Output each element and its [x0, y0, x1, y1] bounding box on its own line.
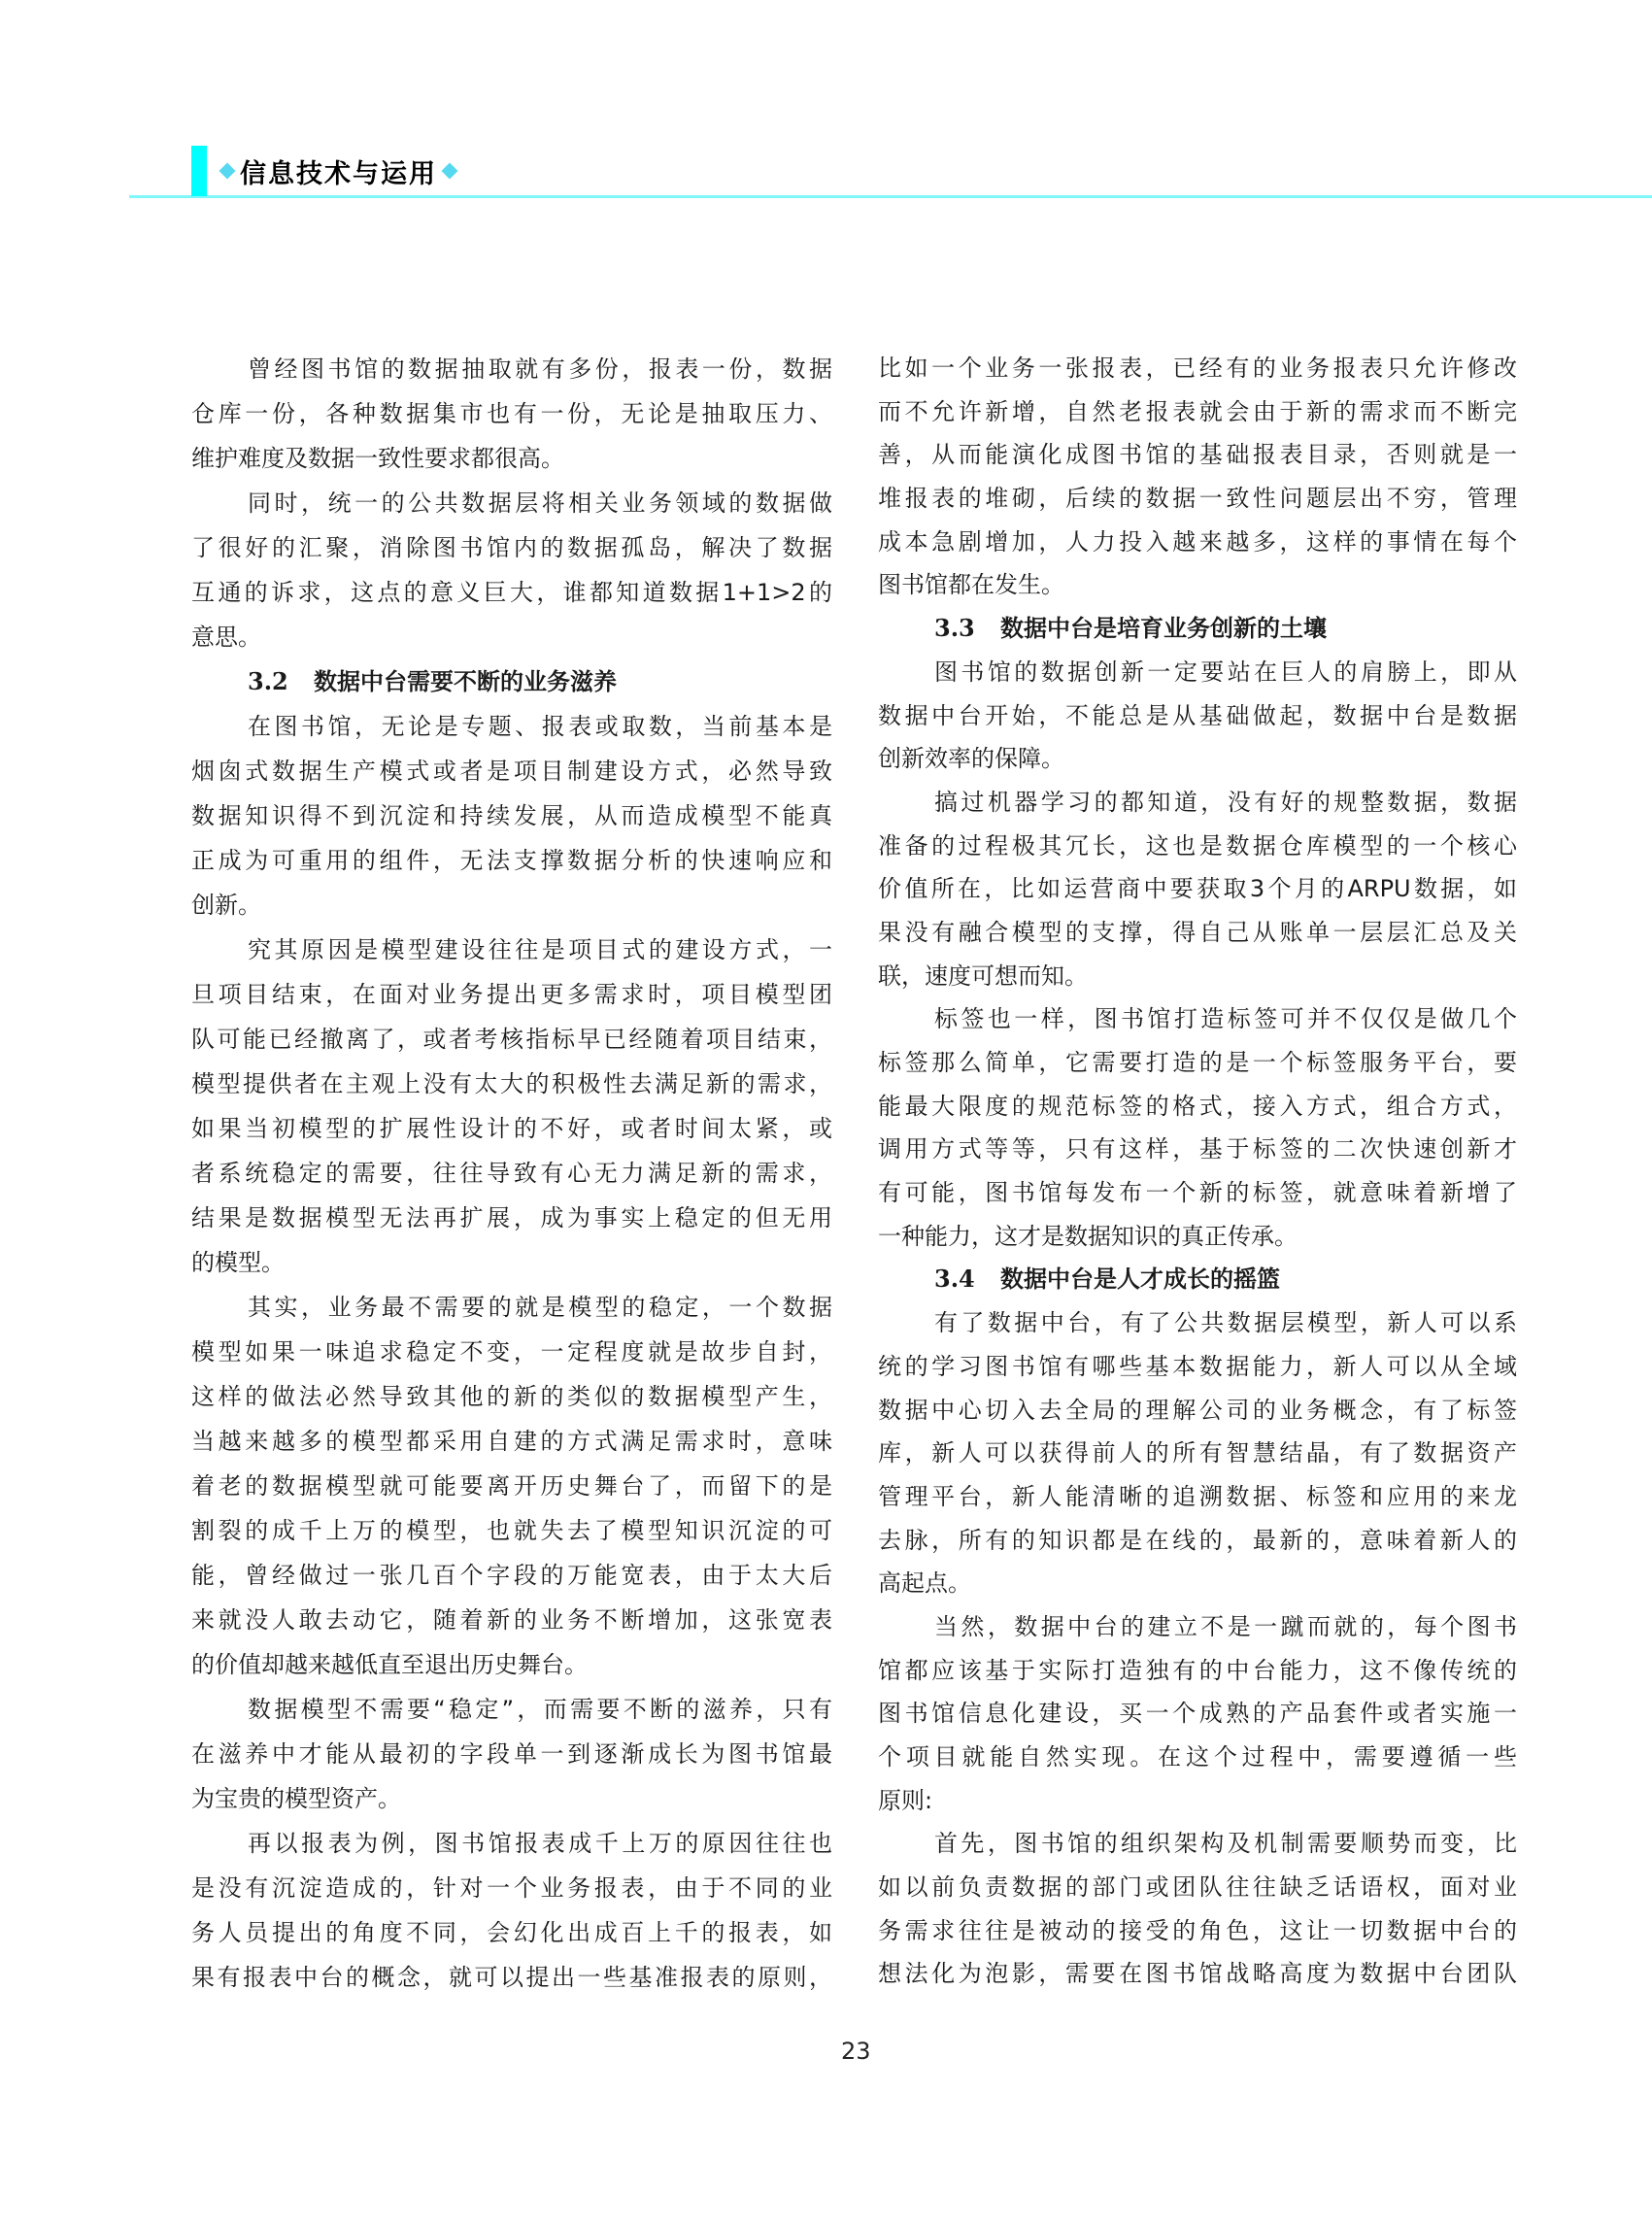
right-column: 比如一个业务一张报表，已经有的业务报表只允许修改而不允许新增，自然老报表就会由于…	[878, 347, 1517, 1996]
text-line: 为宝贵的模型资产。	[191, 1776, 832, 1821]
text-line: 准备的过程极其冗长，这也是数据仓库模型的一个核心	[878, 825, 1517, 868]
header-rule	[129, 195, 1652, 198]
diamond-icon	[442, 163, 458, 180]
text-line: 其实，业务最不需要的就是模型的稳定，一个数据	[191, 1285, 832, 1330]
text-line: 当越来越多的模型都采用自建的方式满足需求时，意味	[191, 1419, 832, 1464]
heading-text: 数据中台是人才成长的摇篮	[1000, 1265, 1280, 1293]
text-line: 再以报表为例，图书馆报表成千上万的原因往往也	[191, 1821, 832, 1866]
text-line: 数据知识得不到沉淀和持续发展，从而造成模型不能真	[191, 793, 832, 838]
text-line: 旦项目结束，在面对业务提出更多需求时，项目模型团	[191, 972, 832, 1017]
left-column: 曾经图书馆的数据抽取就有多份，报表一份，数据仓库一份，各种数据集市也有一份，无论…	[191, 347, 832, 2000]
text-line: 同时，统一的公共数据层将相关业务领域的数据做	[191, 481, 832, 525]
text-line: 图书馆都在发生。	[878, 563, 1517, 607]
header-accent-bar	[191, 146, 207, 196]
text-line: 仓库一份，各种数据集市也有一份，无论是抽取压力、	[191, 391, 832, 436]
text-line: 的价值却越来越低直至退出历史舞台。	[191, 1642, 832, 1687]
text-line: 果有报表中台的概念，就可以提出一些基准报表的原则，	[191, 1955, 832, 2000]
text-line: 创新效率的保障。	[878, 737, 1517, 781]
text-line: 在图书馆，无论是专题、报表或取数，当前基本是	[191, 704, 832, 749]
text-line: 割裂的成千上万的模型，也就失去了模型知识沉淀的可	[191, 1508, 832, 1553]
heading-text: 数据中台是培育业务创新的土壤	[1000, 614, 1327, 642]
text-line: 能，曾经做过一张几百个字段的万能宽表，由于太大后	[191, 1553, 832, 1598]
text-line: 结果是数据模型无法再扩展，成为事实上稳定的但无用	[191, 1196, 832, 1240]
text-line: 务需求往往是被动的接受的角色，这让一切数据中台的	[878, 1909, 1517, 1953]
text-line: 数据中心切入去全局的理解公司的业务概念，有了标签	[878, 1389, 1517, 1433]
text-line: 数据中台开始，不能总是从基础做起，数据中台是数据	[878, 694, 1517, 738]
text-line: 了很好的汇聚，消除图书馆内的数据孤岛，解决了数据	[191, 525, 832, 570]
text-line: 来就没人敢去动它，随着新的业务不断增加，这张宽表	[191, 1598, 832, 1642]
text-line: 统的学习图书馆有哪些基本数据能力，新人可以从全域	[878, 1345, 1517, 1389]
text-line: 图书馆信息化建设，买一个成熟的产品套件或者实施一	[878, 1692, 1517, 1736]
text-line: 首先，图书馆的组织架构及机制需要顺势而变，比	[878, 1822, 1517, 1866]
text-line: 果没有融合模型的支撑，得自己从账单一层层汇总及关	[878, 911, 1517, 955]
text-line: 者系统稳定的需要，往往导致有心无力满足新的需求，	[191, 1151, 832, 1196]
heading-number: 3.2	[248, 659, 314, 704]
text-line: 个项目就能自然实现。在这个过程中，需要遵循一些	[878, 1736, 1517, 1779]
text-line: 数据模型不需要“稳定”，而需要不断的滋养，只有	[191, 1687, 832, 1732]
text-line: 究其原因是模型建设往往是项目式的建设方式，一	[191, 927, 832, 972]
text-line: 如果当初模型的扩展性设计的不好，或者时间太紧，或	[191, 1106, 832, 1151]
text-line: 如以前负责数据的部门或团队往往缺乏话语权，面对业	[878, 1866, 1517, 1909]
text-line: 图书馆的数据创新一定要站在巨人的肩膀上，即从	[878, 651, 1517, 694]
text-line: 搞过机器学习的都知道，没有好的规整数据，数据	[878, 781, 1517, 825]
text-line: 一种能力，这才是数据知识的真正传承。	[878, 1215, 1517, 1259]
heading-text: 数据中台需要不断的业务滋养	[314, 667, 617, 695]
text-line: 在滋养中才能从最初的字段单一到逐渐成长为图书馆最	[191, 1732, 832, 1776]
text-line: 正成为可重用的组件，无法支撑数据分析的快速响应和	[191, 838, 832, 883]
text-line: 务人员提出的角度不同，会幻化出成百上千的报表，如	[191, 1910, 832, 1955]
text-line: 原则:	[878, 1779, 1517, 1823]
text-line: 模型提供者在主观上没有太大的积极性去满足新的需求，	[191, 1062, 832, 1106]
text-line: 高起点。	[878, 1562, 1517, 1605]
section-header: 信息技术与运用	[215, 152, 462, 190]
text-line: 互通的诉求，这点的意义巨大，谁都知道数据1+1>2的	[191, 570, 832, 615]
text-line: 联，速度可想而知。	[878, 955, 1517, 998]
text-line: 维护难度及数据一致性要求都很高。	[191, 436, 832, 481]
text-line: 价值所在，比如运营商中要获取3个月的ARPU数据，如	[878, 867, 1517, 911]
text-line: 能最大限度的规范标签的格式，接入方式，组合方式，	[878, 1085, 1517, 1129]
text-line: 有了数据中台，有了公共数据层模型，新人可以系	[878, 1301, 1517, 1345]
section-title: 信息技术与运用	[240, 152, 437, 190]
text-line: 是没有沉淀造成的，针对一个业务报表，由于不同的业	[191, 1866, 832, 1910]
text-line: 善，从而能演化成图书馆的基础报表目录，否则就是一	[878, 433, 1517, 477]
text-line: 模型如果一味追求稳定不变，一定程度就是故步自封，	[191, 1330, 832, 1374]
text-line: 成本急剧增加，人力投入越来越多，这样的事情在每个	[878, 521, 1517, 564]
section-heading: 3.3数据中台是培育业务创新的土壤	[878, 607, 1517, 651]
text-line: 堆报表的堆砌，后续的数据一致性问题层出不穷，管理	[878, 477, 1517, 521]
diamond-icon	[219, 163, 236, 180]
text-line: 烟囱式数据生产模式或者是项目制建设方式，必然导致	[191, 749, 832, 793]
text-line: 着老的数据模型就可能要离开历史舞台了，而留下的是	[191, 1464, 832, 1508]
text-line: 而不允许新增，自然老报表就会由于新的需求而不断完	[878, 390, 1517, 434]
text-line: 馆都应该基于实际打造独有的中台能力，这不像传统的	[878, 1649, 1517, 1693]
text-line: 队可能已经撤离了，或者考核指标早已经随着项目结束，	[191, 1017, 832, 1062]
section-heading: 3.2数据中台需要不断的业务滋养	[191, 659, 832, 704]
heading-number: 3.4	[934, 1258, 1000, 1301]
text-line: 库，新人可以获得前人的所有智慧结晶，有了数据资产	[878, 1432, 1517, 1475]
text-line: 调用方式等等，只有这样，基于标签的二次快速创新才	[878, 1128, 1517, 1171]
text-line: 有可能，图书馆每发布一个新的标签，就意味着新增了	[878, 1171, 1517, 1215]
text-line: 想法化为泡影，需要在图书馆战略高度为数据中台团队	[878, 1952, 1517, 1996]
text-line: 管理平台，新人能清晰的追溯数据、标签和应用的来龙	[878, 1475, 1517, 1519]
text-line: 创新。	[191, 883, 832, 927]
text-line: 标签那么简单，它需要打造的是一个标签服务平台，要	[878, 1041, 1517, 1085]
text-line: 意思。	[191, 615, 832, 659]
text-line: 去脉，所有的知识都是在线的，最新的，意味着新人的	[878, 1519, 1517, 1563]
text-line: 这样的做法必然导致其他的新的类似的数据模型产生，	[191, 1374, 832, 1419]
page-number: 23	[841, 2038, 871, 2065]
heading-number: 3.3	[934, 607, 1000, 651]
text-line: 当然，数据中台的建立不是一蹴而就的，每个图书	[878, 1605, 1517, 1649]
text-line: 曾经图书馆的数据抽取就有多份，报表一份，数据	[191, 347, 832, 391]
section-heading: 3.4数据中台是人才成长的摇篮	[878, 1258, 1517, 1301]
text-line: 标签也一样，图书馆打造标签可并不仅仅是做几个	[878, 997, 1517, 1041]
text-line: 比如一个业务一张报表，已经有的业务报表只允许修改	[878, 347, 1517, 390]
text-line: 的模型。	[191, 1240, 832, 1285]
